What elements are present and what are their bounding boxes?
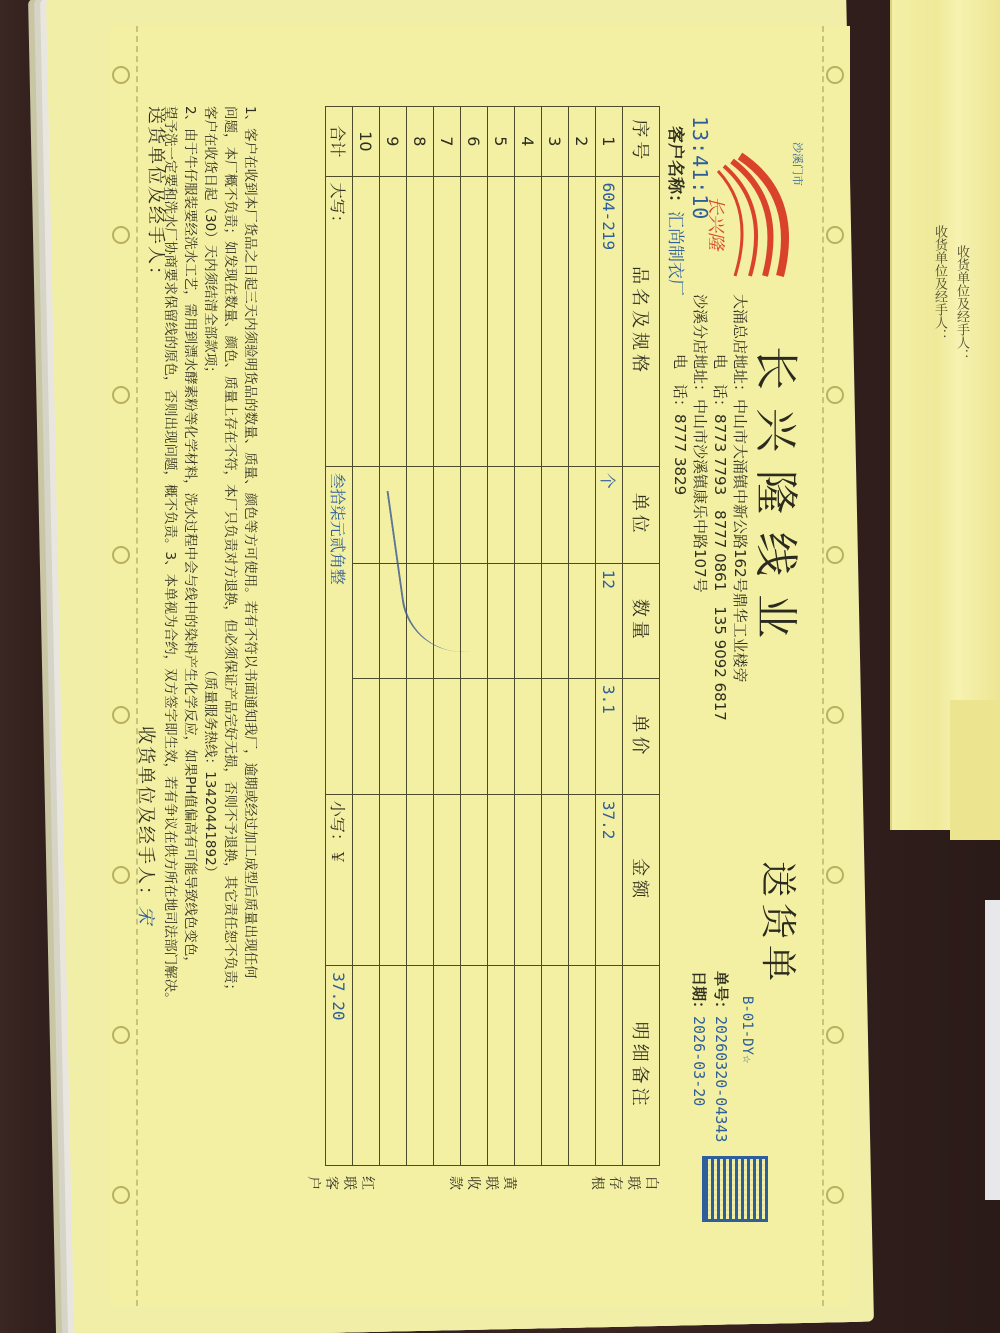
print-time: 13:41:10 [688, 116, 712, 220]
copy-label-yellow: 黄联收款 [446, 1176, 518, 1192]
handwritten-signature: 宋 [135, 906, 156, 926]
document-date: 日期：2026-03-20 [689, 971, 710, 1106]
copy-label-red: 红联客户 [304, 1176, 376, 1192]
total-words-label: 大写： [326, 176, 353, 466]
header: 长兴隆 沙溪门市 13:41:10 长兴隆线业 送货单 大涌总店地址：中山市大涌… [670, 116, 820, 1236]
table-row: 5 [488, 107, 515, 1166]
terms-and-conditions: 1、客户在收到本厂货品之日起三天内须验明货品的数量、质量、颜色等方可使用。若有不… [160, 106, 260, 1206]
table-row: 4 [515, 107, 542, 1166]
background-white-paper [985, 900, 1000, 1200]
background-signature-label-2: 收货单位及经手人： [952, 245, 971, 362]
total-figure: 37.20 [326, 966, 353, 1166]
sender-signature: 送货单位及经手人： [144, 106, 170, 286]
table-row: 2 [569, 107, 596, 1166]
customer-name: 客户名称：汇尚制衣厂 [665, 126, 690, 296]
document-title: 送货单 [755, 861, 806, 987]
tractor-holes-bottom [110, 26, 136, 1306]
copy-labels: 白联存根 黄联收款 红联客户 [234, 1176, 660, 1206]
col-header-note: 明细备注 [623, 966, 660, 1166]
qr-code-icon [702, 1156, 768, 1222]
background-signature-label: 收货单位及经手人： [930, 225, 949, 342]
col-header-price: 单价 [623, 678, 660, 794]
col-header-unit: 单位 [623, 466, 660, 563]
logo-store-label: 沙溪门市 [790, 142, 806, 186]
items-table: 序号 品名及规格 单位 数量 单价 金额 明细备注 1604-219个123.1… [325, 106, 660, 1166]
perforation-line [822, 26, 824, 1306]
perforation-line-bottom [136, 26, 138, 1306]
table-row: 3 [542, 107, 569, 1166]
col-header-no: 序号 [623, 107, 660, 177]
company-addresses: 大涌总店地址：中山市大涌镇中新公路162号鼎华工业楼旁 电 话：8773 779… [670, 294, 750, 721]
copy-label-white: 白联存根 [588, 1176, 660, 1192]
total-row: 合计 大写： 叁拾柒元贰角整 小写：￥ 37.20 [326, 107, 353, 1166]
table-header: 序号 品名及规格 单位 数量 单价 金额 明细备注 [623, 107, 660, 1166]
delivery-note: 长兴隆 沙溪门市 13:41:10 长兴隆线业 送货单 大涌总店地址：中山市大涌… [110, 26, 850, 1306]
col-header-amount: 金额 [623, 794, 660, 965]
form-code: B-01-DY☆ [739, 996, 755, 1063]
tractor-holes-top [824, 26, 850, 1306]
col-header-qty: 数量 [623, 563, 660, 678]
background-sheet-corner [950, 700, 1000, 840]
document-number: 单号：20260320-04343 [711, 971, 732, 1142]
company-name: 长兴隆线业 [748, 346, 812, 656]
table-row: 10 [353, 107, 380, 1166]
table-row: 9 [380, 107, 407, 1166]
total-words: 叁拾柒元贰角整 [326, 466, 353, 794]
total-label: 合计 [326, 107, 353, 177]
delivery-note-photo: 长兴隆 沙溪门市 13:41:10 长兴隆线业 送货单 大涌总店地址：中山市大涌… [80, 0, 880, 1333]
company-logo: 长兴隆 沙溪门市 [700, 136, 810, 286]
col-header-name: 品名及规格 [623, 176, 660, 466]
total-figure-label: 小写：￥ [326, 794, 353, 965]
table-row: 1604-219个123.137.2 [596, 107, 623, 1166]
